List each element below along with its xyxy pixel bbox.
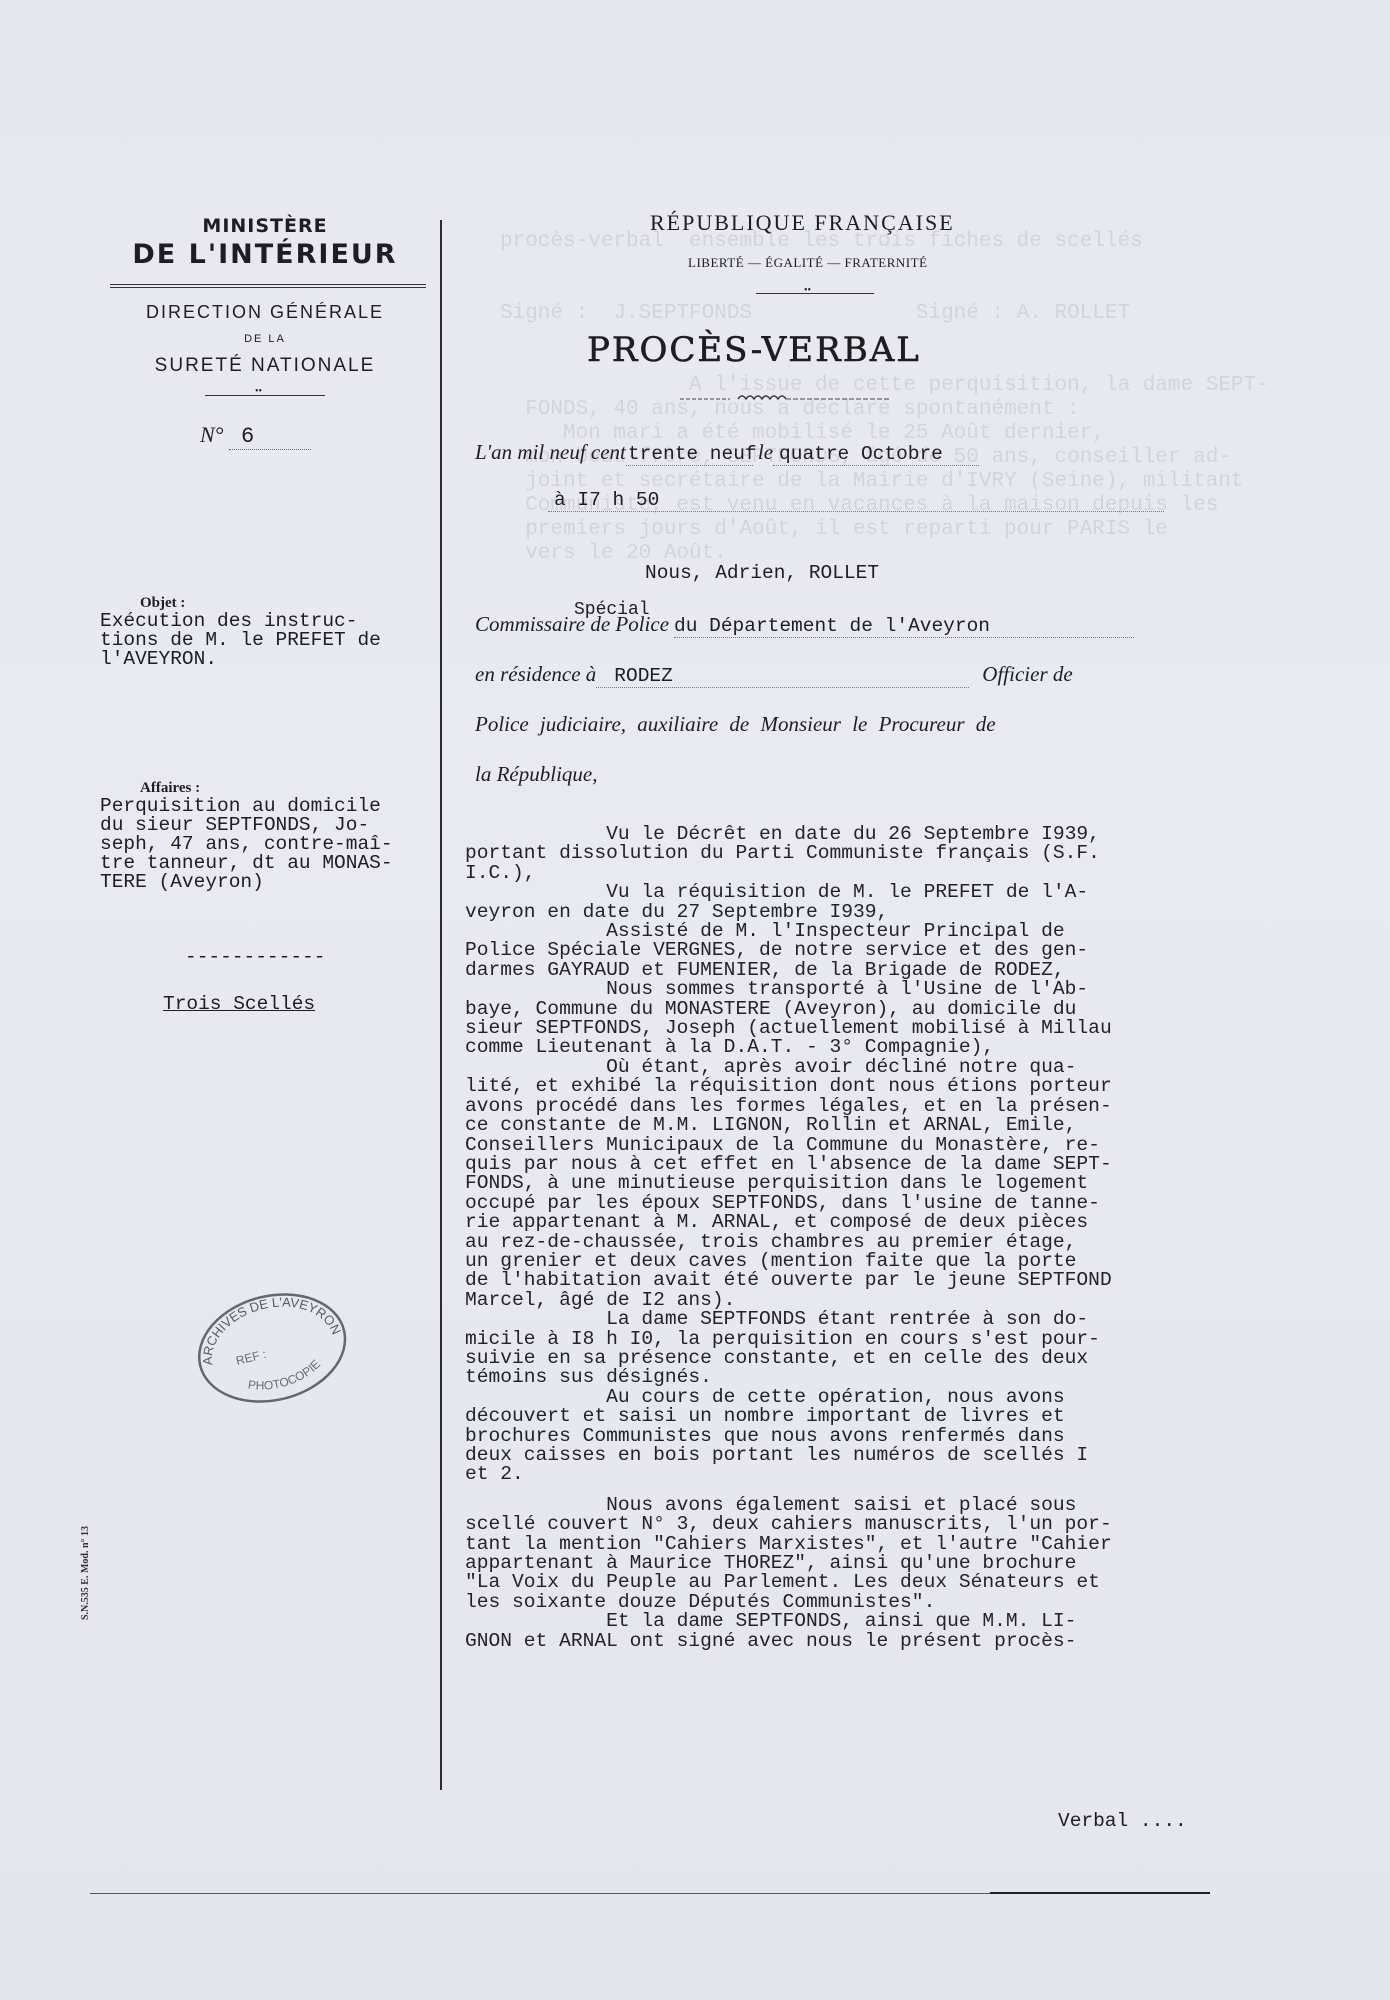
year-label: L'an mil neuf cent xyxy=(475,440,626,464)
date-line: L'an mil neuf centtrente neuf lequatre O… xyxy=(475,440,979,466)
body-line: Vu la réquisition de M. le PREFET de l'A… xyxy=(465,883,1112,902)
reverse-side-bleed-through: procès-verbal ensemble les trois fiches … xyxy=(500,230,1320,566)
svg-text:REF :: REF : xyxy=(235,1347,268,1368)
devise: LIBERTÉ — ÉGALITÉ — FRATERNITÉ xyxy=(688,255,928,271)
column-divider xyxy=(440,220,442,1790)
direction-line-1: DIRECTION GÉNÉRALE xyxy=(100,302,430,323)
ministry-line-2: DE L'INTÉRIEUR xyxy=(100,239,430,270)
ornament-divider xyxy=(205,395,325,396)
residence-value: RODEZ xyxy=(596,665,969,688)
affaires-section: Affaires : Perquisition au domicile du s… xyxy=(100,780,393,892)
double-rule xyxy=(110,284,426,288)
document-page: procès-verbal ensemble les trois fiches … xyxy=(0,0,1390,2000)
body-line: "La Voix du Peuple au Parlement. Les deu… xyxy=(465,1573,1112,1592)
continuation-note: Verbal .... xyxy=(1058,1810,1187,1832)
body-line: Police Spéciale VERGNES, de notre servic… xyxy=(465,941,1112,960)
commissaire-label: Commissaire de Police xyxy=(475,612,669,636)
republique-line: la République, xyxy=(475,762,597,787)
residence-line: en résidence àRODEZ Officier de xyxy=(475,662,1073,688)
number-value: 6 xyxy=(229,424,311,450)
document-number: N° 6 xyxy=(200,422,430,450)
time-line: à I7 h 50 xyxy=(548,488,1164,512)
body-line: ce constante de M.M. LIGNON, Rollin et A… xyxy=(465,1116,1112,1135)
year-value: trente neuf xyxy=(626,443,753,466)
affaires-text: Perquisition au domicile du sieur SEPTFO… xyxy=(100,797,393,892)
officier-label: Officier de xyxy=(982,662,1072,686)
body-line: et 2. xyxy=(465,1465,1112,1484)
objet-text: Exécution des instruc- tions de M. le PR… xyxy=(100,612,381,669)
scelles-count: Trois Scellés xyxy=(163,995,315,1014)
time-value: à I7 h 50 xyxy=(548,489,1164,512)
dashed-separator: ------------ xyxy=(185,948,325,967)
body-line: scellé couvert N° 3, deux cahiers manusc… xyxy=(465,1515,1112,1534)
body-line: GNON et ARNAL ont signé avec nous le pré… xyxy=(465,1632,1112,1651)
le-label: le xyxy=(758,440,773,464)
report-body: Vu le Décrêt en date du 26 Septembre I93… xyxy=(465,825,1112,1651)
direction-line-3: SURETÉ NATIONALE xyxy=(100,355,430,377)
body-line: Et la dame SEPTFONDS, ainsi que M.M. LI- xyxy=(465,1612,1112,1631)
stamp-icon: ARCHIVES DE L'AVEYRON REF : PHOTOCOPIE xyxy=(180,1272,363,1422)
body-line: portant dissolution du Parti Communiste … xyxy=(465,844,1112,863)
ministry-header: MINISTÈRE DE L'INTÉRIEUR DIRECTION GÉNÉR… xyxy=(100,215,430,450)
body-line: rie appartenant à M. ARNAL, et composé d… xyxy=(465,1213,1112,1232)
body-line: lité, et exhibé la réquisition dont nous… xyxy=(465,1077,1112,1096)
body-line: découvert et saisi un nombre important d… xyxy=(465,1407,1112,1426)
wavy-ornament-icon xyxy=(680,392,890,404)
body-line: Nous sommes transporté à l'Usine de l'Ab… xyxy=(465,980,1112,999)
department-value: du Département de l'Aveyron xyxy=(674,615,1134,638)
body-line: de l'habitation avait été ouverte par le… xyxy=(465,1271,1112,1290)
body-line: comme Lieutenant à la D.A.T. - 3° Compag… xyxy=(465,1038,1112,1057)
document-title: PROCÈS-VERBAL xyxy=(587,330,921,370)
commissaire-line: Commissaire de Police du Département de … xyxy=(475,612,1134,638)
archive-stamp: ARCHIVES DE L'AVEYRON REF : PHOTOCOPIE xyxy=(180,1272,363,1422)
body-line: FONDS, à une minutieuse perquisition dan… xyxy=(465,1174,1112,1193)
police-judiciaire-line: Police judiciaire, auxiliaire de Monsieu… xyxy=(475,712,996,737)
residence-label: en résidence à xyxy=(475,662,596,686)
number-label: N° xyxy=(200,422,223,447)
body-line: témoins sus désignés. xyxy=(465,1368,1112,1387)
bottom-rule-bold xyxy=(990,1892,1210,1894)
officer-name: Nous, Adrien, ROLLET xyxy=(645,562,879,584)
direction-line-2: DE LA xyxy=(100,333,430,345)
objet-section: Objet : Exécution des instruc- tions de … xyxy=(100,595,381,669)
ministry-name: MINISTÈRE DE L'INTÉRIEUR xyxy=(100,215,430,270)
republique-heading: RÉPUBLIQUE FRANÇAISE xyxy=(650,210,955,236)
ornament-divider xyxy=(756,293,874,294)
body-line: Conseillers Municipaux de la Commune du … xyxy=(465,1136,1112,1155)
form-reference: S.N.535 E. Mod. n° 13 xyxy=(80,1526,91,1620)
body-line: deux caisses en bois portant les numéros… xyxy=(465,1446,1112,1465)
date-value: quatre Octobre xyxy=(773,443,979,466)
direction-name: DIRECTION GÉNÉRALE DE LA SURETÉ NATIONAL… xyxy=(100,302,430,377)
body-line: La dame SEPTFONDS étant rentrée à son do… xyxy=(465,1310,1112,1329)
ministry-line-1: MINISTÈRE xyxy=(100,215,430,237)
